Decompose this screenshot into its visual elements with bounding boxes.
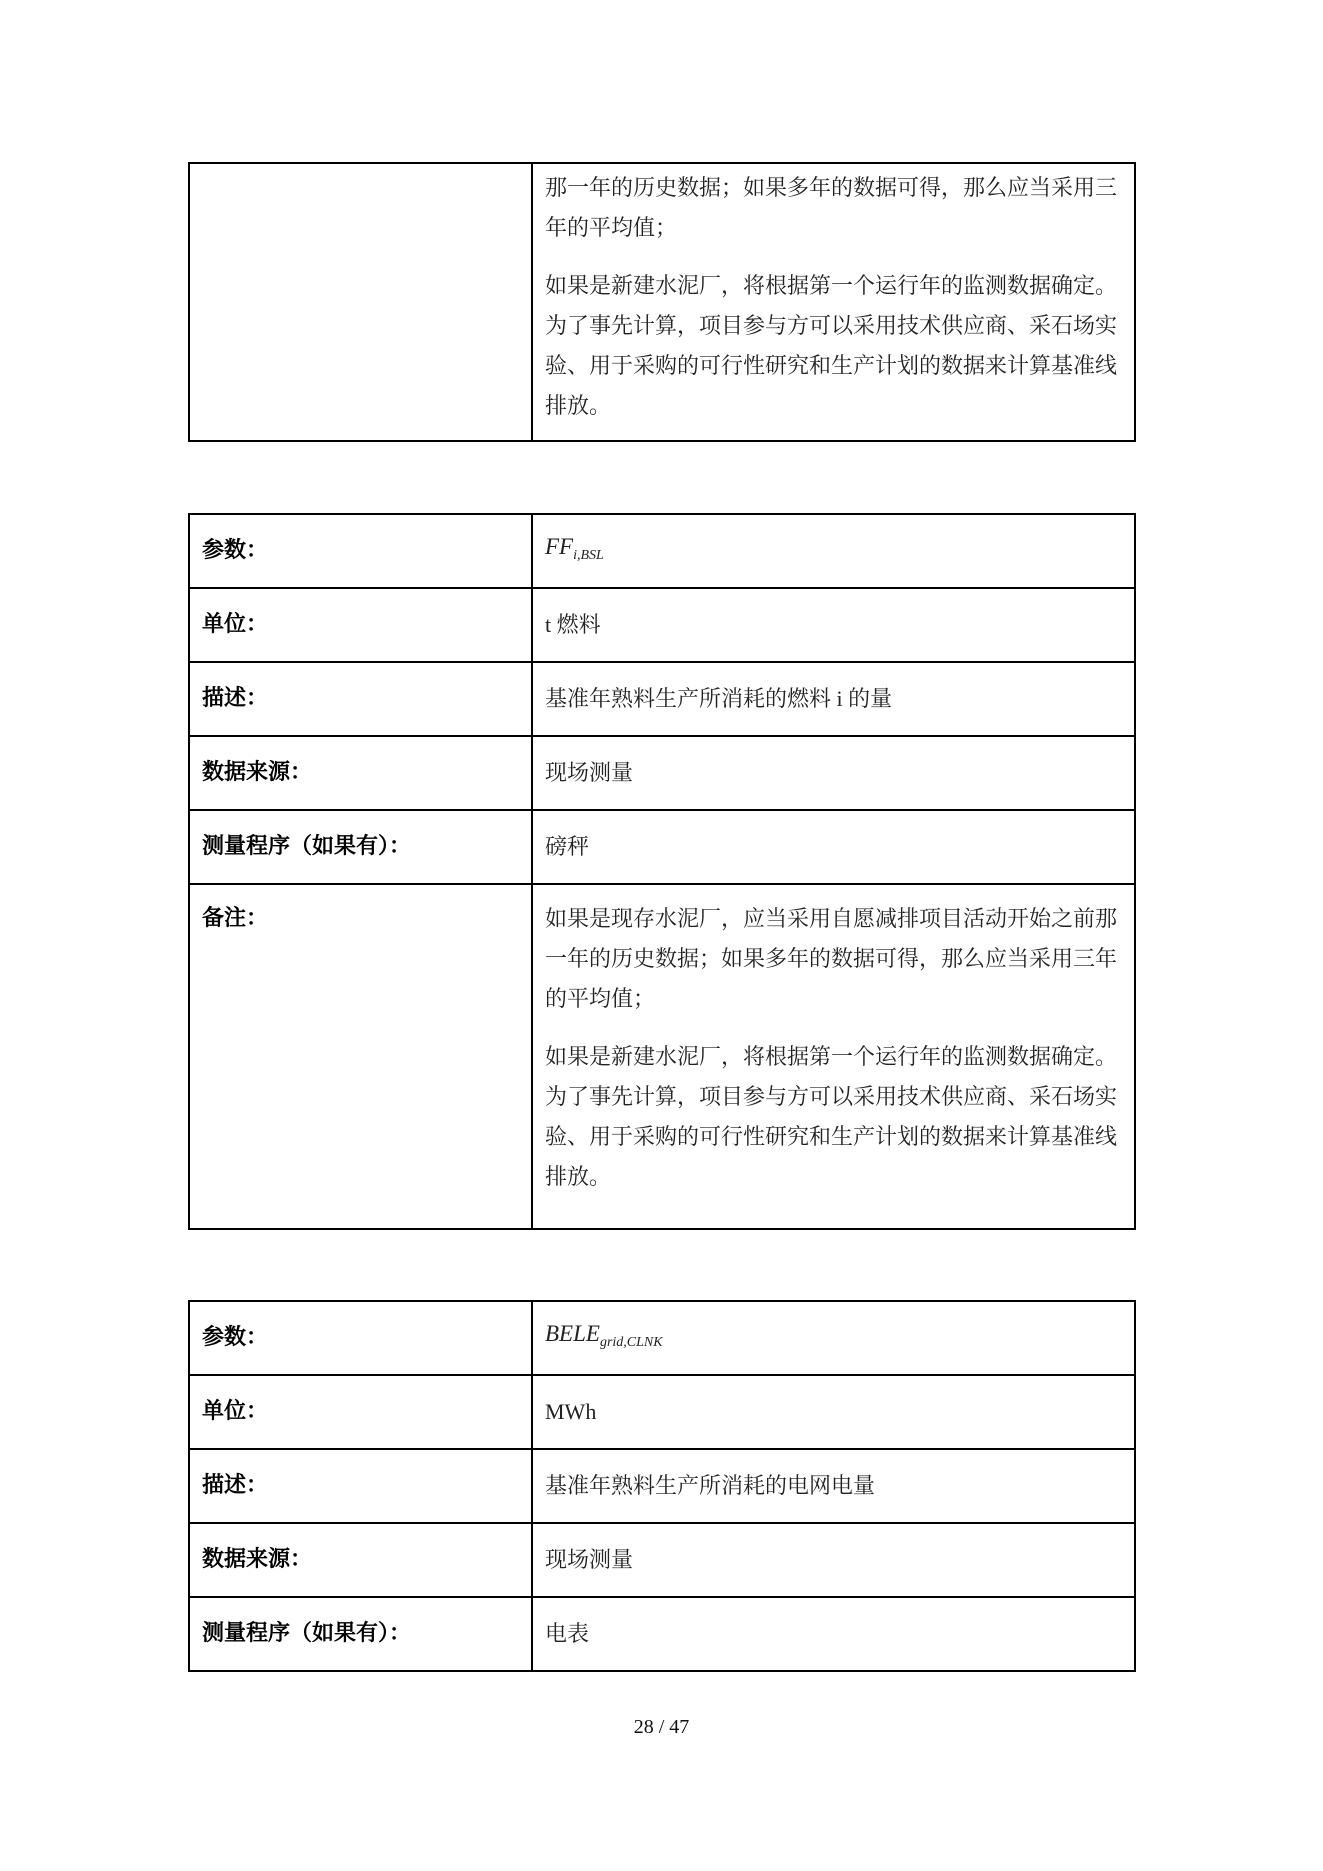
row-label: 参数：	[189, 514, 532, 588]
row-value: 电表	[532, 1597, 1135, 1671]
parameter-symbol: FFi,BSL	[532, 514, 1135, 588]
row-label: 测量程序（如果有）：	[189, 810, 532, 884]
row-label: 单位：	[189, 1375, 532, 1449]
remarks-paragraph: 如果是现存水泥厂，应当采用自愿减排项目活动开始之前那一年的历史数据；如果多年的数…	[545, 899, 1122, 1019]
row-label: 描述：	[189, 662, 532, 736]
table-row-parameter: 参数： BELEgrid,CLNK	[189, 1301, 1135, 1375]
table-row-unit: 单位： MWh	[189, 1375, 1135, 1449]
parameter-symbol: BELEgrid,CLNK	[532, 1301, 1135, 1375]
table-row-parameter: 参数： FFi,BSL	[189, 514, 1135, 588]
empty-label-cell	[189, 163, 532, 441]
row-label: 参数：	[189, 1301, 532, 1375]
row-value: 磅秤	[532, 810, 1135, 884]
row-value: t 燃料	[532, 588, 1135, 662]
remarks-paragraph: 那一年的历史数据；如果多年的数据可得，那么应当采用三年的平均值；	[545, 168, 1122, 248]
table-row-data-source: 数据来源： 现场测量	[189, 1523, 1135, 1597]
row-label: 测量程序（如果有）：	[189, 1597, 532, 1671]
row-value: 现场测量	[532, 1523, 1135, 1597]
table-row-unit: 单位： t 燃料	[189, 588, 1135, 662]
parameter-table-ff: 参数： FFi,BSL 单位： t 燃料 描述： 基准年熟料生产所消耗的燃料 i…	[188, 513, 1136, 1230]
row-label: 单位：	[189, 588, 532, 662]
remarks-paragraph: 如果是新建水泥厂，将根据第一个运行年的监测数据确定。为了事先计算，项目参与方可以…	[545, 1037, 1122, 1197]
symbol-subscript: grid,CLNK	[600, 1335, 663, 1350]
row-label: 数据来源：	[189, 1523, 532, 1597]
row-label: 数据来源：	[189, 736, 532, 810]
row-value: 基准年熟料生产所消耗的燃料 i 的量	[532, 662, 1135, 736]
row-value: 现场测量	[532, 736, 1135, 810]
table-row-description: 描述： 基准年熟料生产所消耗的电网电量	[189, 1449, 1135, 1523]
remarks-value-cell: 那一年的历史数据；如果多年的数据可得，那么应当采用三年的平均值； 如果是新建水泥…	[532, 163, 1135, 441]
symbol-subscript: i,BSL	[573, 548, 604, 563]
table-row-description: 描述： 基准年熟料生产所消耗的燃料 i 的量	[189, 662, 1135, 736]
table-row-measurement-procedure: 测量程序（如果有）： 电表	[189, 1597, 1135, 1671]
table-row-remarks: 备注： 如果是现存水泥厂，应当采用自愿减排项目活动开始之前那一年的历史数据；如果…	[189, 884, 1135, 1229]
row-label: 备注：	[189, 884, 532, 1229]
symbol-main: BELE	[545, 1321, 600, 1346]
page-number: 28 / 47	[0, 1716, 1323, 1739]
row-value: MWh	[532, 1375, 1135, 1449]
parameter-table-bele: 参数： BELEgrid,CLNK 单位： MWh 描述： 基准年熟料生产所消耗…	[188, 1300, 1136, 1672]
table-row-remarks-continued: 那一年的历史数据；如果多年的数据可得，那么应当采用三年的平均值； 如果是新建水泥…	[189, 163, 1135, 441]
table-row-data-source: 数据来源： 现场测量	[189, 736, 1135, 810]
remarks-paragraph: 如果是新建水泥厂，将根据第一个运行年的监测数据确定。为了事先计算，项目参与方可以…	[545, 266, 1122, 426]
table-row-measurement-procedure: 测量程序（如果有）： 磅秤	[189, 810, 1135, 884]
symbol-main: FF	[545, 534, 573, 559]
parameter-table-continued: 那一年的历史数据；如果多年的数据可得，那么应当采用三年的平均值； 如果是新建水泥…	[188, 162, 1136, 442]
row-value: 基准年熟料生产所消耗的电网电量	[532, 1449, 1135, 1523]
remarks-value-cell: 如果是现存水泥厂，应当采用自愿减排项目活动开始之前那一年的历史数据；如果多年的数…	[532, 884, 1135, 1229]
row-label: 描述：	[189, 1449, 532, 1523]
